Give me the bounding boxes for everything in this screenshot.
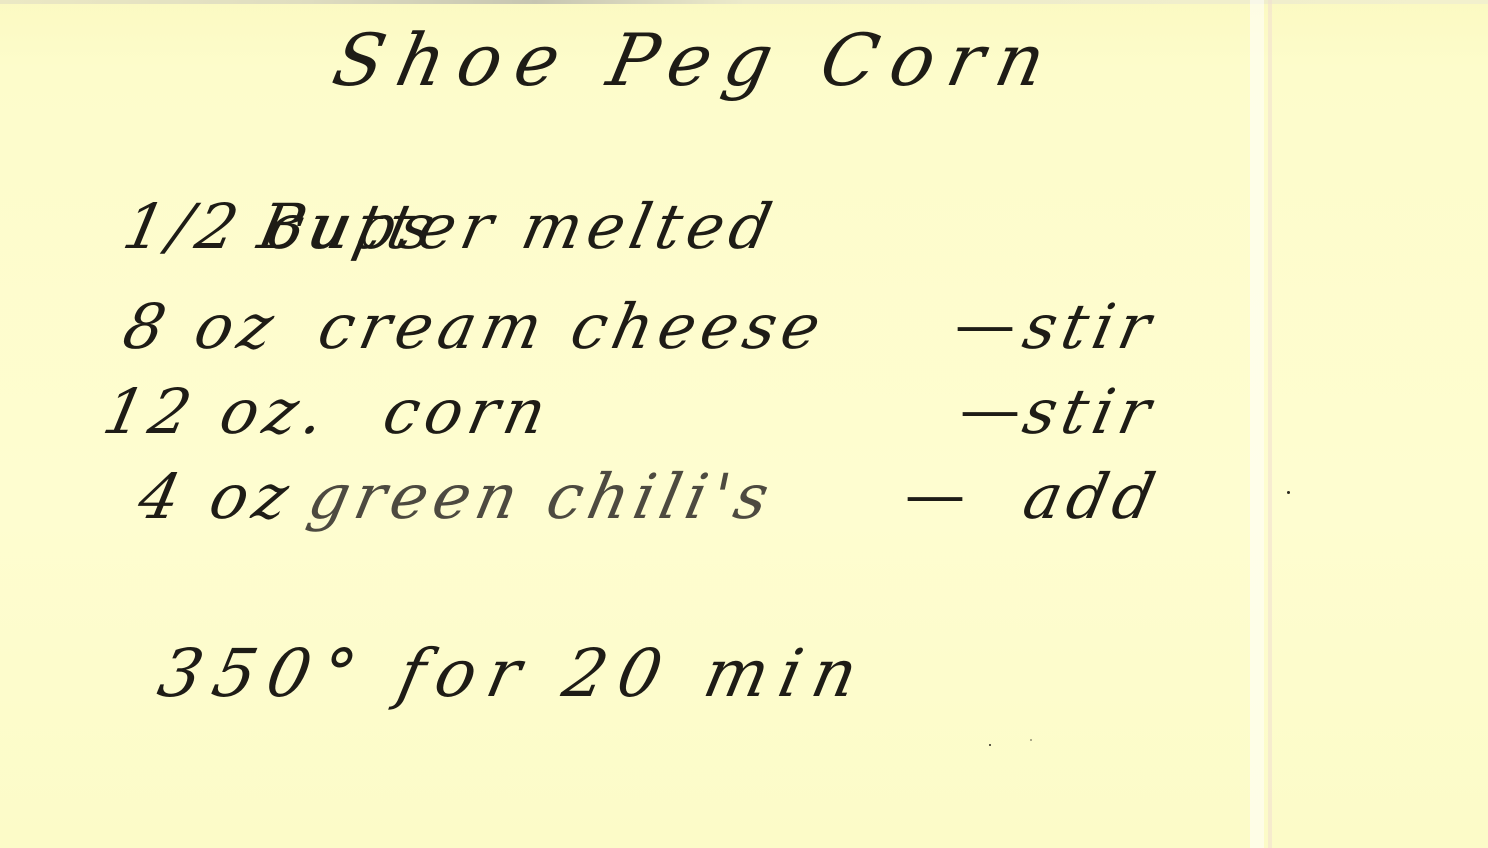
ingredient-row: 1/2 cups Butter melted	[0, 190, 1250, 280]
ingredient-action: stir	[1017, 290, 1163, 363]
ingredient-row: 4 oz green chili's — add	[0, 460, 1250, 550]
dash-separator: —	[960, 375, 1026, 445]
recipe-card: Shoe Peg Corn 1/2 cups Butter melted 8 o…	[0, 0, 1488, 848]
ink-speck	[989, 744, 991, 746]
card-top-edge	[0, 0, 1488, 4]
dash-separator: —	[955, 290, 1021, 360]
bake-instruction: 350° for 20 min	[152, 635, 876, 712]
margin-line-secondary	[1268, 0, 1272, 848]
ingredient-row: 8 oz cream cheese — stir	[0, 290, 1250, 380]
ink-speck	[1287, 491, 1290, 494]
margin-line	[1250, 0, 1264, 848]
ingredient-quantity: 4 oz	[132, 460, 301, 533]
ingredient-quantity: 8 oz	[117, 290, 286, 363]
ingredient-quantity: 12 oz.	[97, 375, 337, 448]
ingredient-row: 12 oz. corn — stir	[0, 375, 1250, 465]
ingredient-action: add	[1017, 460, 1167, 533]
ink-speck	[1030, 739, 1032, 741]
ingredient-name: corn	[377, 375, 558, 448]
ingredient-name: green chili's	[302, 460, 781, 533]
ingredient-action: stir	[1017, 375, 1163, 448]
ingredient-name: Butter melted	[252, 190, 783, 263]
ingredient-name: cream cheese	[312, 290, 833, 363]
recipe-title: Shoe Peg Corn	[326, 18, 1066, 102]
dash-separator: —	[905, 460, 980, 530]
